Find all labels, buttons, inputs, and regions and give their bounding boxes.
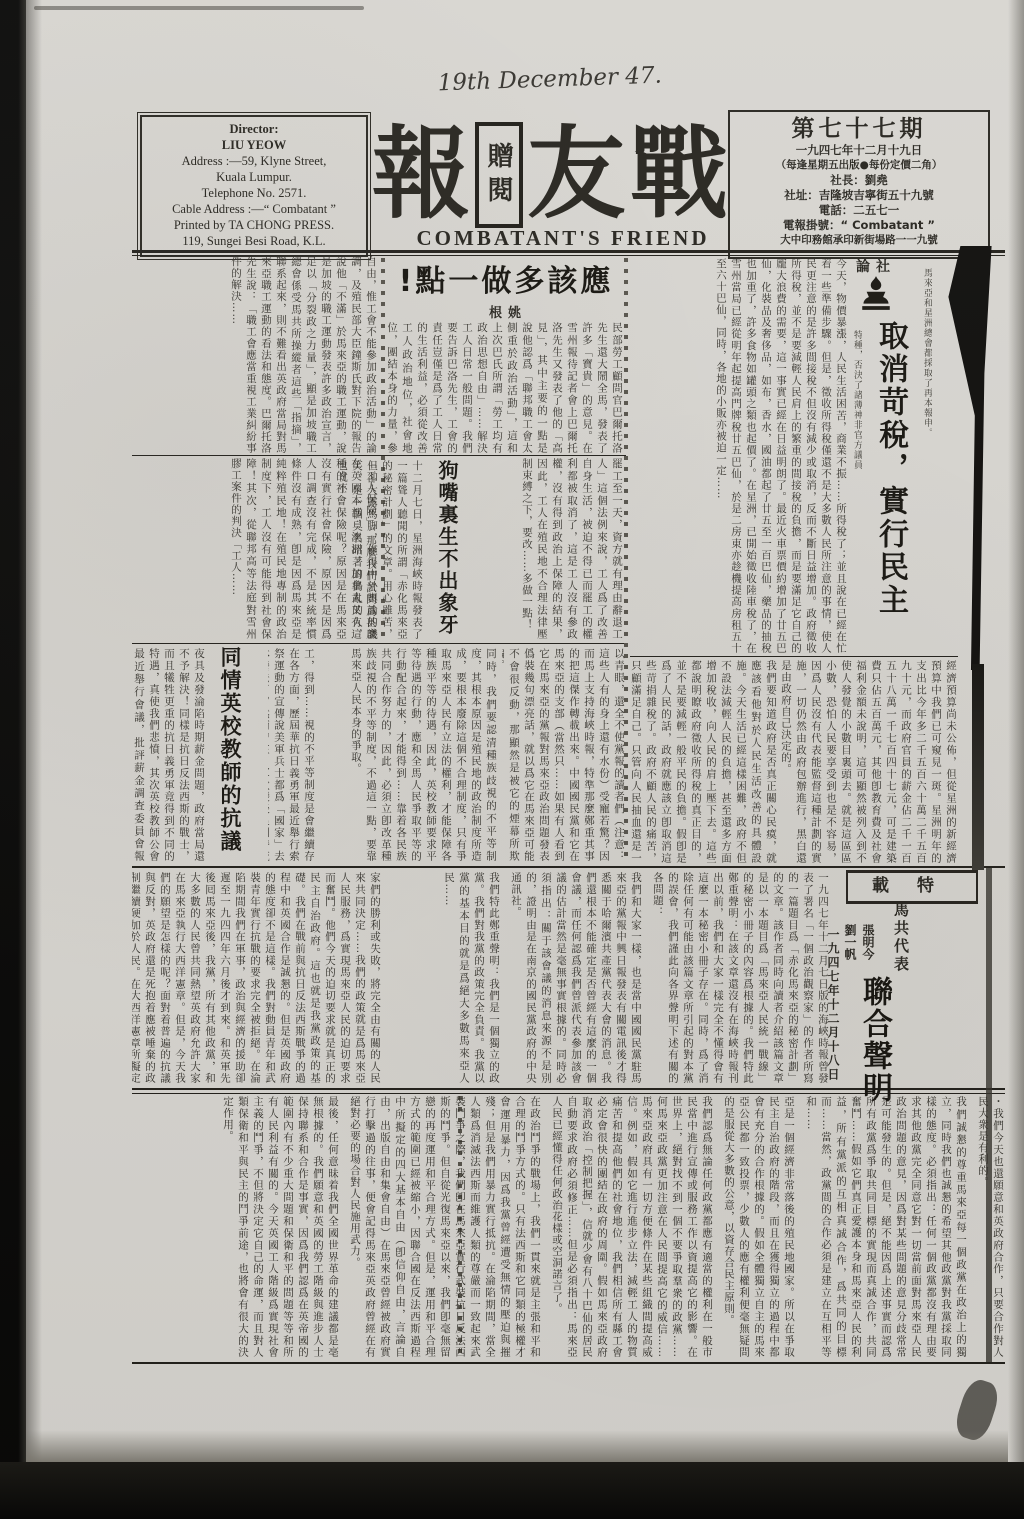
bottom-paragraph-3: 亞是一個經濟非常落後的殖民地國家。所以在爭取民主自治政府的階段，而且在獲得獨立的…	[721, 1096, 796, 1358]
editorial-section-label: 社論	[852, 256, 900, 276]
lu-article-continuation: 以青眼，還全不使黨報的讀者們（注意：這些人有的身上還有水份）受寵若驚？因而馬上支…	[502, 648, 626, 862]
editorial-body-1: 今天，物價暴漲，人民生活困苦，商業不振……所得稅了；並且說在已經在忙着一些準備步…	[630, 258, 848, 654]
section-rule-1	[132, 455, 626, 456]
scan-crease	[972, 664, 984, 870]
address-line-1: Address :—59, Klyne Street,	[142, 153, 366, 169]
lin-article-body-right: 工，得到……視的不平等制度是會繼續存在各方面，歷屆華抗日義勇軍最近舉行索祭運動的…	[268, 648, 316, 862]
title-char-zhan: 戰	[630, 125, 728, 225]
scan-crease	[986, 868, 992, 1362]
section-rule-2	[132, 643, 626, 644]
statement-continuation: 家們的勝利或失敗，將完全由有關的人民來共同決定……我們的政策就是爲馬來亞人民服務…	[132, 872, 382, 1084]
handwritten-date: 19th December 47.	[437, 62, 688, 113]
yao-article-title: 應該多做一點!	[388, 256, 624, 300]
director-name: LIU YEOW	[142, 137, 366, 153]
editorial-lamp-icon	[861, 295, 891, 314]
title-char-bao: 報	[372, 125, 470, 225]
printer-note: 大中印務館承印新街場路一一九號	[730, 233, 988, 248]
scan-edge-bottom	[0, 1462, 1024, 1519]
newspaper-page: 19th December 47. Director: LIU YEOW Add…	[0, 0, 1024, 1519]
office-address: 社址：吉隆坡吉寧街五十九號	[730, 188, 988, 203]
statement-headline: 聯合聲明	[852, 976, 896, 1110]
special-feature-label: 特載	[846, 870, 978, 904]
office-phone: 電話：二五七一	[730, 203, 988, 218]
newspaper-title: 報 贈閱 友 戰	[372, 122, 728, 228]
statement-signatory-1: 張明今	[860, 924, 877, 978]
scan-streak	[34, 6, 364, 10]
masthead-rule	[132, 250, 1005, 253]
statement-paragraph-1: 一九四七年十二月七日版的海峽時報曾發表了署名「一個政治觀察家」的作者所寫的一篇題…	[650, 872, 830, 1084]
editorial-headline: 取消苛稅，實行民主	[864, 320, 912, 654]
cable-code: 電報掛號：“ Combatant ”	[730, 218, 988, 233]
lu-article-body: 十二月七日，星洲海峽時報發表了一篇聳人聽聞的所謂「赤化馬來亞的秘密計劃」的文章。…	[340, 460, 424, 640]
statement-dateline: 一九四七年十二月十八日	[826, 928, 842, 1104]
printer-address-line: 119, Sungei Besi Road, K.L.	[142, 233, 366, 249]
director-label: Director:	[142, 121, 366, 137]
lu-article-title: 狗嘴裏生不出象牙	[433, 460, 462, 640]
publisher-line: 社長：劉堯	[730, 173, 988, 188]
scan-crease	[946, 246, 994, 670]
editorial-kicker-left: 特種，否決了諸薄神非官方議員	[846, 330, 862, 530]
lin-article-continuation: 同時，我們要認清種族歧視的不平等制度，其根本原因是殖民地的政治制度所造成，要根本…	[320, 648, 498, 862]
bottom-paragraph-2: 我們誠懇的尊重馬來亞每一個政黨在政治上的獨立，同時我們也誠懇的希望其他政黨對我黨…	[803, 1096, 968, 1358]
scan-edge-right	[1008, 0, 1024, 1519]
editorial-kicker-right: 馬來亞和星洲總會都採取了再本報申。	[916, 268, 932, 478]
yao-article-continuation-1: 自由，惟工會不能參加政治活動」的論調，及殖民部大臣鐘斯氏對下院的報告說他「不滿」…	[132, 256, 378, 454]
yao-article-body: 民部勞工顧問官巴爾托洛先生還大鬧全馬，發表了許多「寶貴」的意見。在雪州報待記者會…	[388, 322, 624, 454]
director-info-box: Director: LIU YEOW Address :—59, Klyne S…	[140, 115, 368, 257]
printer-line: Printed by TA CHONG PRESS.	[142, 217, 366, 233]
bottom-paragraph-5: 在政治鬥爭的戰場上，我們一貫來就是主張和平和合理的鬥爭方式的。只有法西斯和它同類…	[347, 1096, 542, 1358]
yao-article-ending: 罷工至一天，資方就有理由辭退工人」這個法例來說，工人爲了改善自身生活，被迫不得已…	[484, 458, 624, 640]
statement-bottom-band: ・我們今天也還願意和英政府合作，只要合作對人民大衆是有利的。 我們誠懇的尊重馬來…	[132, 1096, 1005, 1358]
complimentary-copy-seal: 贈閱	[475, 122, 523, 228]
lu-article-titleblock: 狗嘴裏生不出象牙 呂雲	[426, 460, 482, 640]
issue-number: 第七十七期	[730, 115, 988, 143]
statement-signatory-2: 劉一帆	[842, 924, 859, 978]
issue-date: 一九四七年十二月十九日	[730, 143, 988, 158]
bottom-paragraph-6: 最後，任何意昧着我們全國世界革命的建議都是亳無根據的。我們願意和英國的勞工階級與…	[220, 1096, 340, 1358]
title-char-you: 友	[527, 125, 625, 225]
scan-edge-left	[0, 0, 26, 1519]
statement-kicker: 馬共代表	[888, 902, 912, 982]
end-rule	[132, 1362, 1005, 1364]
telephone-line: Telephone No. 2571.	[142, 185, 366, 201]
lin-article-titleblock: 同情英校教師的抗議 林軍	[208, 646, 266, 862]
cable-line: Cable Address :—“ Combatant ”	[142, 201, 366, 217]
editorial-body-2: 經濟預算尚未公佈，但從星洲的新經濟預算中我們已可窺見一斑。星洲明年的支出比今年多…	[780, 660, 958, 864]
english-title: COMBATANT'S FRIEND	[398, 226, 728, 252]
statement-paragraph-3: 我們特此鄭重聲明：我們是一個獨立的政黨。我們對我黨的政策完全負責。我黨以黨的基本…	[441, 872, 501, 1084]
lin-article-title: 同情英校教師的抗議	[215, 646, 245, 862]
yao-article-author: 姚根	[458, 302, 558, 319]
statement-paragraph-2: 我們和大家一樣，也是當中國國民黨駐馬來亞的黨報中興日報發表有關電訊後才得悉關于哈…	[508, 872, 643, 1084]
lin-article-body-left: 夜具及發淪陷時期薪金問題，政府當局還不予解決！同樣是抗日反法西斯的戰士，而且犧牲…	[132, 648, 206, 862]
section-rule-3	[630, 656, 958, 657]
schedule-price: （每逢星期五出版●每份定價二角）	[730, 158, 988, 173]
editorial-body-3: 我們要知道政府是否真正關心民瘼，就應該看他對於人民生活改善的具體設施。今天生活已…	[630, 660, 778, 864]
address-line-2: Kuala Lumpur.	[142, 169, 366, 185]
special-top-rule	[132, 866, 1005, 868]
bottom-paragraph-4: 我們認爲無論任何政黨都應有適當的權利在一般市民當中進行宣傳或服務工作以資提高它的…	[549, 1096, 714, 1358]
scan-edge-shadow	[26, 0, 42, 1519]
editorial-badge: 社論	[852, 256, 900, 322]
page-curl-shadow	[26, 1430, 1008, 1464]
statement-body: 一九四七年十二月七日版的海峽時報曾發表了署名「一個政治觀察家」的作者所寫的一篇題…	[390, 872, 830, 1084]
issue-info-box: 第七十七期 一九四七年十二月十九日 （每逢星期五出版●每份定價二角） 社長：劉堯…	[728, 110, 990, 259]
